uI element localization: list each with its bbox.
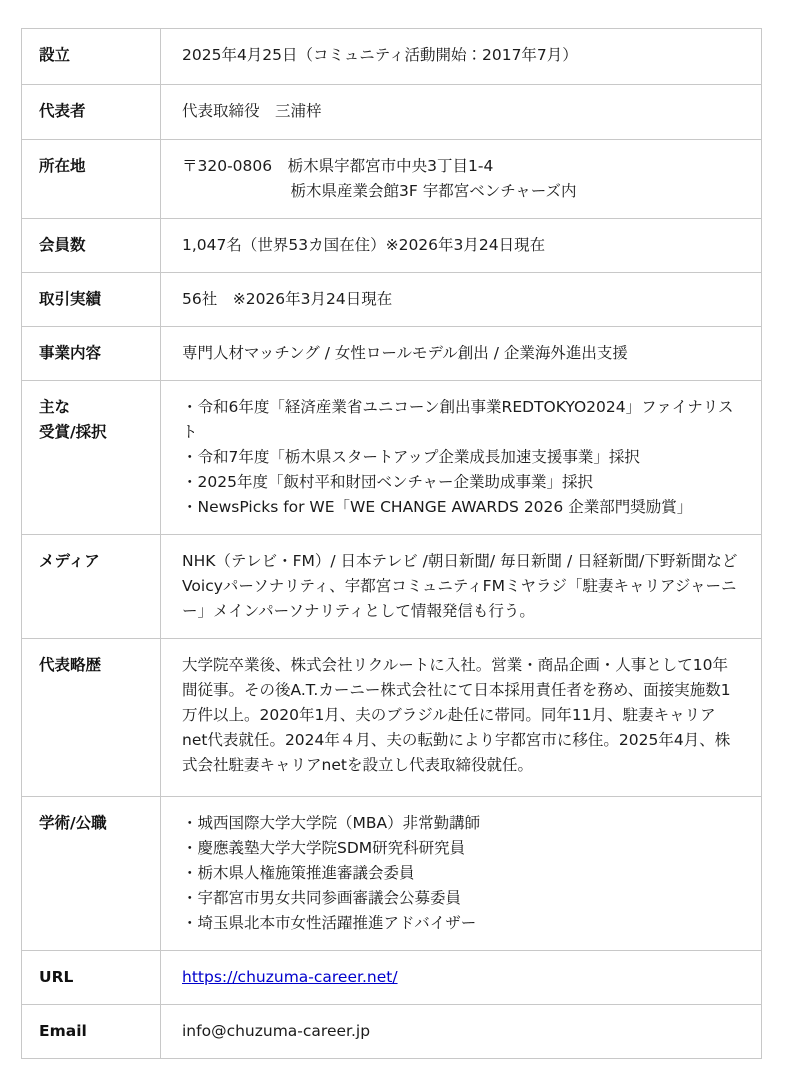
table-row-ceo-bio: 代表略歴 大学院卒業後、株式会社リクルートに入社。営業・商品企画・人事として10… [22, 639, 762, 797]
table-row-url: URL https://chuzuma-career.net/ [22, 951, 762, 1005]
row-value: ・令和6年度「経済産業省ユニコーン創出事業REDTOKYO2024」ファイナリス… [161, 381, 762, 535]
company-info-table: 設立 2025年4月25日（コミュニティ活動開始：2017年7月） 代表者 代表… [21, 28, 762, 1059]
row-label: 事業内容 [22, 327, 161, 381]
table-row-members: 会員数 1,047名（世界53カ国在住）※2026年3月24日現在 [22, 219, 762, 273]
table-row-academic: 学術/公職 ・城西国際大学大学院（MBA）非常勤講師 ・慶應義塾大学大学院SDM… [22, 797, 762, 951]
table-row-founded: 設立 2025年4月25日（コミュニティ活動開始：2017年7月） [22, 29, 762, 85]
row-label: 主な 受賞/採択 [22, 381, 161, 535]
row-value: 大学院卒業後、株式会社リクルートに入社。営業・商品企画・人事として10年間従事。… [161, 639, 762, 797]
table-row-business: 事業内容 専門人材マッチング / 女性ロールモデル創出 / 企業海外進出支援 [22, 327, 762, 381]
row-label: 設立 [22, 29, 161, 85]
row-value: 56社 ※2026年3月24日現在 [161, 273, 762, 327]
row-label: 取引実績 [22, 273, 161, 327]
row-label: 会員数 [22, 219, 161, 273]
row-label: Email [22, 1005, 161, 1059]
table-row-address: 所在地 〒320-0806 栃木県宇都宮市中央3丁目1-4 栃木県産業会館3F … [22, 140, 762, 219]
row-label: メディア [22, 535, 161, 639]
row-value: 1,047名（世界53カ国在住）※2026年3月24日現在 [161, 219, 762, 273]
table-row-clients: 取引実績 56社 ※2026年3月24日現在 [22, 273, 762, 327]
row-value: https://chuzuma-career.net/ [161, 951, 762, 1005]
row-value: 専門人材マッチング / 女性ロールモデル創出 / 企業海外進出支援 [161, 327, 762, 381]
row-label: 代表者 [22, 85, 161, 140]
row-value: 2025年4月25日（コミュニティ活動開始：2017年7月） [161, 29, 762, 85]
table-row-representative: 代表者 代表取締役 三浦梓 [22, 85, 762, 140]
row-value: 〒320-0806 栃木県宇都宮市中央3丁目1-4 栃木県産業会館3F 宇都宮ベ… [161, 140, 762, 219]
table-row-media: メディア NHK（テレビ・FM）/ 日本テレビ /朝日新聞/ 毎日新聞 / 日経… [22, 535, 762, 639]
row-label: URL [22, 951, 161, 1005]
row-value: info@chuzuma-career.jp [161, 1005, 762, 1059]
row-value: ・城西国際大学大学院（MBA）非常勤講師 ・慶應義塾大学大学院SDM研究科研究員… [161, 797, 762, 951]
row-label: 代表略歴 [22, 639, 161, 797]
table-row-awards: 主な 受賞/採択 ・令和6年度「経済産業省ユニコーン創出事業REDTOKYO20… [22, 381, 762, 535]
url-link[interactable]: https://chuzuma-career.net/ [182, 968, 398, 986]
row-value: NHK（テレビ・FM）/ 日本テレビ /朝日新聞/ 毎日新聞 / 日経新聞/下野… [161, 535, 762, 639]
row-value: 代表取締役 三浦梓 [161, 85, 762, 140]
row-label: 学術/公職 [22, 797, 161, 951]
row-label: 所在地 [22, 140, 161, 219]
table-row-email: Email info@chuzuma-career.jp [22, 1005, 762, 1059]
